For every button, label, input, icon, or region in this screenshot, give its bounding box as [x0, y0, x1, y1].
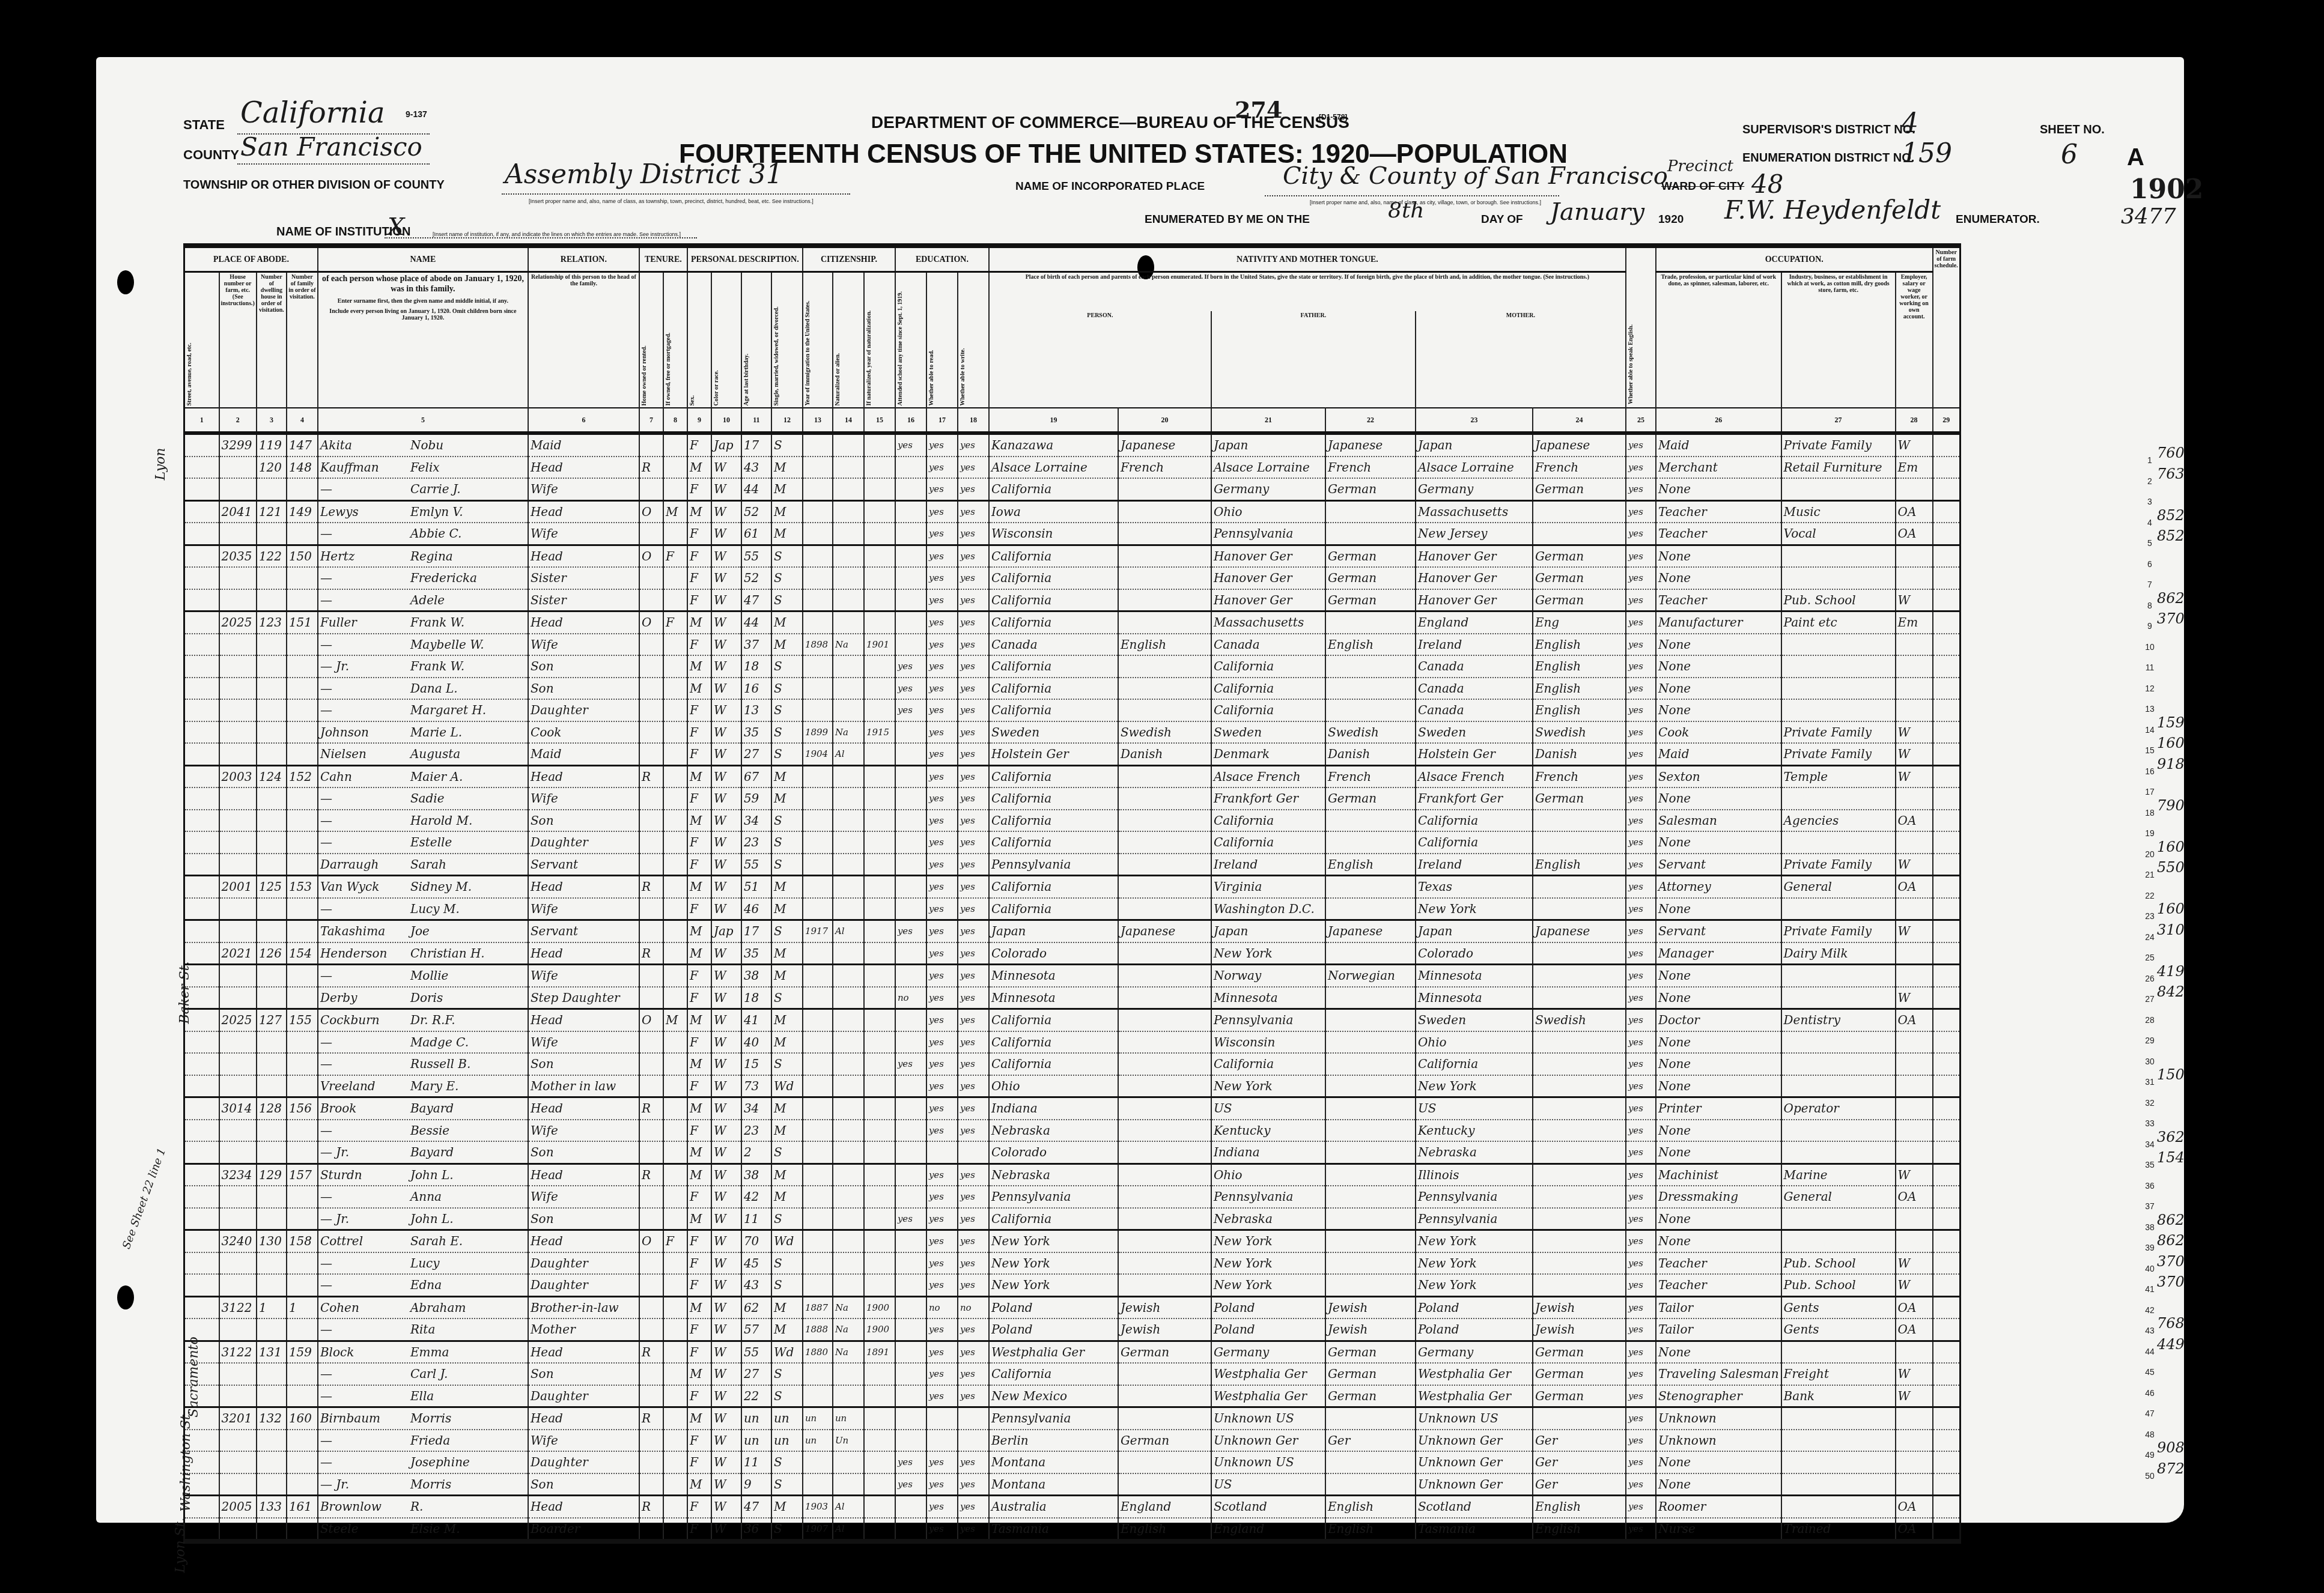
relation-cell: Head [528, 500, 639, 523]
father-birthplace-cell: Canada [1211, 634, 1325, 656]
dwelling-number-cell [257, 987, 287, 1009]
marital-status-cell: S [771, 810, 803, 832]
occupation-code: 419 [2157, 963, 2185, 980]
dwelling-number-cell [257, 854, 287, 876]
home-owned-cell [639, 987, 663, 1009]
father-birthplace-cell: New York [1211, 1075, 1325, 1097]
race-cell: W [711, 1075, 741, 1097]
farm-schedule-cell [1933, 1274, 1960, 1296]
line-number: 10 [2143, 642, 2157, 652]
mortgage-cell [663, 1075, 687, 1097]
race-cell: W [711, 1053, 741, 1075]
immigration-year-cell [803, 1385, 833, 1407]
dwelling-number-cell [257, 1053, 287, 1075]
home-owned-cell [639, 478, 663, 500]
home-owned-cell: R [639, 942, 663, 965]
person-name-cell: —Josephine [318, 1451, 528, 1473]
mother-tongue-cell [1118, 1208, 1211, 1230]
industry-cell [1781, 965, 1896, 987]
speaks-english-cell: yes [1626, 1186, 1656, 1208]
surname: Cohen [320, 1297, 410, 1318]
speaks-english-cell: yes [1626, 1496, 1656, 1518]
enum-district-label: ENUMERATION DISTRICT NO. [1742, 151, 1914, 165]
able-to-write-cell [958, 1141, 989, 1164]
father-birthplace-cell: Alsace Lorraine [1211, 457, 1325, 479]
birthplace-cell: Westphalia Ger [989, 1341, 1118, 1363]
mother-birthplace-cell: Kentucky [1416, 1120, 1533, 1142]
naturalized-cell [833, 1164, 864, 1186]
mother-tongue-of-mother-cell: Japanese [1533, 433, 1626, 457]
relation-cell: Wife [528, 634, 639, 656]
surname: — [320, 479, 410, 499]
mother-birthplace-cell: Germany [1416, 478, 1533, 500]
sex-cell: F [687, 1274, 711, 1296]
industry-cell: Private Family [1781, 433, 1896, 457]
speaks-english-cell: yes [1626, 567, 1656, 589]
table-row: —EstelleDaughterFW23SyesyesCaliforniaCal… [184, 831, 1960, 854]
mortgage-cell [663, 1363, 687, 1385]
corner-number-2: 3477 [2121, 204, 2176, 229]
attended-school-cell [895, 1296, 926, 1318]
house-number-cell [219, 743, 257, 765]
father-tongue-cell: German [1325, 567, 1416, 589]
mother-birthplace-cell: Frankfort Ger [1416, 787, 1533, 810]
mother-tongue-of-mother-cell [1533, 1186, 1626, 1208]
employer-class-cell: W [1896, 589, 1933, 611]
header-place-of-abode: PLACE OF ABODE. [184, 246, 318, 272]
marital-status-cell: S [771, 1252, 803, 1275]
mother-birthplace-cell: New York [1416, 1075, 1533, 1097]
mother-tongue-of-mother-cell [1533, 898, 1626, 920]
able-to-read-cell: no [926, 1296, 958, 1318]
father-birthplace-cell: Norway [1211, 965, 1325, 987]
header-read: Whether able to read. [926, 272, 958, 408]
immigration-year-cell [803, 1274, 833, 1296]
occupation-code: 862 [2157, 1232, 2185, 1249]
given-name: Morris [410, 1411, 451, 1425]
mother-tongue-cell: England [1118, 1496, 1211, 1518]
mother-tongue-cell [1118, 1009, 1211, 1031]
occupation-code: 160 [2157, 735, 2185, 751]
person-name-cell: — Jr.Bayard [318, 1141, 528, 1164]
naturalized-cell [833, 942, 864, 965]
mortgage-cell [663, 589, 687, 611]
naturalization-year-cell [864, 1451, 895, 1473]
mortgage-cell [663, 854, 687, 876]
father-tongue-cell: German [1325, 1363, 1416, 1385]
column-number: 14 [833, 408, 864, 433]
naturalization-year-cell [864, 1252, 895, 1275]
age-cell: 73 [741, 1075, 771, 1097]
immigration-year-cell [803, 854, 833, 876]
house-number-cell [219, 1252, 257, 1275]
industry-cell [1781, 1496, 1896, 1518]
father-tongue-cell [1325, 1120, 1416, 1142]
speaks-english-cell: yes [1626, 523, 1656, 545]
header-naturalized: Naturalized or alien. [833, 272, 864, 408]
person-name-cell: JohnsonMarie L. [318, 721, 528, 744]
mother-birthplace-cell: Minnesota [1416, 987, 1533, 1009]
occupation-code: 310 [2157, 921, 2185, 938]
naturalization-year-cell [864, 743, 895, 765]
street-annotation-washington: Washington St. [178, 1410, 193, 1512]
speaks-english-cell: yes [1626, 1363, 1656, 1385]
surname: — [320, 832, 410, 852]
occupation-code: 763 [2157, 466, 2185, 482]
mortgage-cell [663, 1518, 687, 1542]
house-number-cell [219, 678, 257, 700]
birthplace-cell: California [989, 787, 1118, 810]
house-number-cell [219, 1120, 257, 1142]
table-row: 2025127155CockburnDr. R.F.HeadOMMW41Myes… [184, 1009, 1960, 1031]
mother-tongue-cell [1118, 655, 1211, 678]
race-cell: W [711, 1252, 741, 1275]
birthplace-cell: Japan [989, 920, 1118, 942]
relation-cell: Sister [528, 567, 639, 589]
father-birthplace-cell: Frankfort Ger [1211, 787, 1325, 810]
surname: — [320, 1120, 410, 1141]
surname: Henderson [320, 943, 410, 963]
age-cell: 44 [741, 478, 771, 500]
mother-birthplace-cell: England [1416, 611, 1533, 634]
sex-cell: M [687, 1407, 711, 1430]
mother-tongue-of-mother-cell: English [1533, 1518, 1626, 1542]
mother-birthplace-cell: Colorado [1416, 942, 1533, 965]
mortgage-cell [663, 1164, 687, 1186]
given-name: Maier A. [410, 769, 463, 784]
industry-cell: Marine [1781, 1164, 1896, 1186]
sex-cell: M [687, 920, 711, 942]
street-cell [184, 898, 219, 920]
line-number: 14 [2143, 725, 2157, 735]
farm-schedule-cell [1933, 743, 1960, 765]
industry-cell [1781, 787, 1896, 810]
able-to-write-cell: yes [958, 1518, 989, 1542]
surname: Sturdn [320, 1165, 410, 1185]
home-owned-cell [639, 721, 663, 744]
naturalized-cell [833, 500, 864, 523]
employer-class-cell [1896, 567, 1933, 589]
line-number: 2 [2143, 476, 2157, 486]
race-cell: W [711, 831, 741, 854]
given-name: Sarah [410, 857, 446, 872]
dwelling-number-cell [257, 1274, 287, 1296]
race-cell: Jap [711, 433, 741, 457]
mother-tongue-of-mother-cell [1533, 1141, 1626, 1164]
given-name: Joe [410, 924, 430, 938]
given-name: Sadie [410, 791, 445, 806]
industry-cell [1781, 987, 1896, 1009]
house-number-cell: 3201 [219, 1407, 257, 1430]
father-birthplace-cell: Sweden [1211, 721, 1325, 744]
column-number: 21 [1211, 408, 1325, 433]
age-cell: 15 [741, 1053, 771, 1075]
age-cell: 36 [741, 1518, 771, 1542]
sex-cell: F [687, 1230, 711, 1252]
header-nativity-desc: Place of birth of each person and parent… [989, 272, 1626, 312]
able-to-write-cell: yes [958, 1252, 989, 1275]
occupation-code: 790 [2157, 797, 2185, 814]
marital-status-cell: S [771, 743, 803, 765]
street-cell [184, 457, 219, 479]
person-name-cell: —Mollie [318, 965, 528, 987]
birthplace-cell: Wisconsin [989, 523, 1118, 545]
table-row: 312211CohenAbrahamBrother-in-lawMW62M188… [184, 1296, 1960, 1318]
dwelling-number-cell [257, 1120, 287, 1142]
place-value: City & County of San Francisco [1283, 162, 1668, 190]
dwelling-number-cell: 126 [257, 942, 287, 965]
farm-schedule-cell [1933, 655, 1960, 678]
naturalized-cell [833, 1252, 864, 1275]
line-number: 45 [2143, 1367, 2157, 1377]
race-cell: W [711, 567, 741, 589]
sex-cell: M [687, 1164, 711, 1186]
age-cell: 17 [741, 433, 771, 457]
house-number-cell [219, 1075, 257, 1097]
table-row: 3201132160BirnbaumMorrisHeadRMWununununP… [184, 1407, 1960, 1430]
marital-status-cell: un [771, 1407, 803, 1430]
father-tongue-cell [1325, 1473, 1416, 1496]
street-cell [184, 1053, 219, 1075]
birthplace-cell: California [989, 611, 1118, 634]
race-cell: W [711, 523, 741, 545]
naturalization-year-cell [864, 1120, 895, 1142]
marital-status-cell: M [771, 787, 803, 810]
mortgage-cell [663, 1186, 687, 1208]
column-number: 19 [989, 408, 1118, 433]
surname: Cahn [320, 766, 410, 787]
marital-status-cell: Wd [771, 1341, 803, 1363]
column-number: 15 [864, 408, 895, 433]
immigration-year-cell: un [803, 1407, 833, 1430]
birthplace-cell: Canada [989, 634, 1118, 656]
given-name: Rita [410, 1322, 435, 1337]
line-number: 34 [2143, 1139, 2157, 1149]
marital-status-cell: M [771, 942, 803, 965]
age-cell: 52 [741, 567, 771, 589]
header-age: Age at last birthday. [741, 272, 771, 408]
relation-cell: Head [528, 942, 639, 965]
person-name-cell: — Jr.Morris [318, 1473, 528, 1496]
dwelling-number-cell [257, 898, 287, 920]
birthplace-cell: Nebraska [989, 1120, 1118, 1142]
employer-class-cell [1896, 1451, 1933, 1473]
surname: — [320, 1364, 410, 1384]
attended-school-cell: no [895, 987, 926, 1009]
mother-tongue-of-mother-cell: French [1533, 457, 1626, 479]
attended-school-cell [895, 1274, 926, 1296]
trade-cell: Machinist [1656, 1164, 1781, 1186]
relation-cell: Head [528, 1097, 639, 1120]
person-name-cell: —Sadie [318, 787, 528, 810]
race-cell: W [711, 987, 741, 1009]
mother-birthplace-cell: Hanover Ger [1416, 545, 1533, 567]
relation-cell: Head [528, 876, 639, 898]
farm-schedule-cell [1933, 1341, 1960, 1363]
line-number: 16 [2143, 766, 2157, 776]
sex-cell: M [687, 1053, 711, 1075]
sex-cell: M [687, 678, 711, 700]
occupation-code: 550 [2157, 859, 2185, 876]
mother-birthplace-cell: Poland [1416, 1296, 1533, 1318]
father-birthplace-cell: Ireland [1211, 854, 1325, 876]
relation-cell: Wife [528, 478, 639, 500]
person-name-cell: HendersonChristian H. [318, 942, 528, 965]
attended-school-cell [895, 1518, 926, 1542]
father-tongue-cell: English [1325, 854, 1416, 876]
naturalized-cell [833, 1053, 864, 1075]
industry-cell [1781, 1208, 1896, 1230]
father-tongue-cell [1325, 678, 1416, 700]
father-birthplace-cell: Washington D.C. [1211, 898, 1325, 920]
able-to-write-cell: yes [958, 523, 989, 545]
race-cell: W [711, 810, 741, 832]
given-name: Fredericka [410, 571, 477, 585]
given-name: Christian H. [410, 946, 485, 960]
dwelling-number-cell [257, 1473, 287, 1496]
street-cell [184, 1230, 219, 1252]
mortgage-cell [663, 678, 687, 700]
enumerator-label: ENUMERATOR. [1956, 213, 2040, 226]
attended-school-cell: yes [895, 1208, 926, 1230]
father-tongue-cell: German [1325, 787, 1416, 810]
person-name-cell: BrookBayard [318, 1097, 528, 1120]
mother-tongue-cell: German [1118, 1430, 1211, 1452]
father-birthplace-cell: California [1211, 1053, 1325, 1075]
given-name: Marie L. [410, 725, 462, 739]
relation-cell: Wife [528, 1031, 639, 1054]
farm-schedule-cell [1933, 810, 1960, 832]
trade-cell: Servant [1656, 920, 1781, 942]
header-industry: Industry, business, or establishment in … [1781, 272, 1896, 408]
farm-schedule-cell [1933, 1120, 1960, 1142]
father-birthplace-cell: California [1211, 655, 1325, 678]
employer-class-cell [1896, 1053, 1933, 1075]
surname: — [320, 788, 410, 809]
able-to-read-cell: yes [926, 765, 958, 787]
home-owned-cell [639, 831, 663, 854]
able-to-read-cell: yes [926, 1385, 958, 1407]
speaks-english-cell: yes [1626, 1451, 1656, 1473]
age-cell: 16 [741, 678, 771, 700]
industry-cell [1781, 898, 1896, 920]
given-name: Edna [410, 1278, 442, 1292]
table-row: —Dana L.SonMW16SyesyesyesCaliforniaCalif… [184, 678, 1960, 700]
home-owned-cell [639, 787, 663, 810]
immigration-year-cell [803, 1230, 833, 1252]
header-tenure: TENURE. [639, 246, 687, 272]
mother-birthplace-cell: Tasmania [1416, 1518, 1533, 1542]
mother-tongue-cell [1118, 1164, 1211, 1186]
birthplace-cell: California [989, 876, 1118, 898]
attended-school-cell [895, 457, 926, 479]
naturalized-cell [833, 876, 864, 898]
naturalization-year-cell [864, 965, 895, 987]
naturalized-cell: Al [833, 1518, 864, 1542]
marital-status-cell: S [771, 678, 803, 700]
father-tongue-cell [1325, 1141, 1416, 1164]
table-row: 2041121149LewysEmlyn V.HeadOMMW52Myesyes… [184, 500, 1960, 523]
age-cell: 55 [741, 1341, 771, 1363]
trade-cell: None [1656, 831, 1781, 854]
column-number: 26 [1656, 408, 1781, 433]
father-birthplace-cell: England [1211, 1518, 1325, 1542]
naturalization-year-cell [864, 1518, 895, 1542]
mother-birthplace-cell: Alsace Lorraine [1416, 457, 1533, 479]
father-label: FATHER. [1301, 312, 1327, 319]
dwelling-number-cell [257, 655, 287, 678]
farm-schedule-cell [1933, 1496, 1960, 1518]
census-table: PLACE OF ABODE. NAME RELATION. TENURE. P… [183, 243, 1961, 1544]
trade-cell: None [1656, 1451, 1781, 1473]
given-name: Russell B. [410, 1057, 471, 1071]
mother-tongue-cell [1118, 1363, 1211, 1385]
immigration-year-cell [803, 611, 833, 634]
dwelling-number-cell [257, 743, 287, 765]
attended-school-cell [895, 743, 926, 765]
relation-cell: Head [528, 1407, 639, 1430]
employer-class-cell: OA [1896, 1518, 1933, 1542]
occupation-code: 862 [2157, 1212, 2185, 1228]
speaks-english-cell: yes [1626, 655, 1656, 678]
table-row: —BessieWifeFW23MyesyesNebraskaKentuckyKe… [184, 1120, 1960, 1142]
race-cell: W [711, 678, 741, 700]
naturalized-cell [833, 1473, 864, 1496]
house-number-cell: 2025 [219, 1009, 257, 1031]
naturalized-cell [833, 1141, 864, 1164]
surname: — Jr. [320, 1474, 410, 1494]
sex-cell: M [687, 1363, 711, 1385]
marital-status-cell: S [771, 1208, 803, 1230]
sex-cell: F [687, 854, 711, 876]
trade-cell: Dressmaking [1656, 1186, 1781, 1208]
house-number-cell [219, 1451, 257, 1473]
home-owned-cell [639, 634, 663, 656]
birthplace-cell: California [989, 831, 1118, 854]
attended-school-cell [895, 545, 926, 567]
sex-cell: F [687, 1031, 711, 1054]
street-cell [184, 611, 219, 634]
given-name: Adele [410, 593, 445, 607]
street-cell [184, 1186, 219, 1208]
able-to-read-cell: yes [926, 1341, 958, 1363]
house-number-cell: 3014 [219, 1097, 257, 1120]
race-cell: W [711, 1318, 741, 1341]
street-cell [184, 545, 219, 567]
sex-cell: F [687, 965, 711, 987]
race-cell: W [711, 1496, 741, 1518]
age-cell: un [741, 1407, 771, 1430]
attended-school-cell [895, 1230, 926, 1252]
family-number-cell [287, 678, 318, 700]
able-to-write-cell: yes [958, 787, 989, 810]
industry-cell: Temple [1781, 765, 1896, 787]
farm-schedule-cell [1933, 1075, 1960, 1097]
given-name: R. [410, 1499, 423, 1514]
immigration-year-cell [803, 987, 833, 1009]
sex-cell: F [687, 1430, 711, 1452]
birthplace-cell: New York [989, 1230, 1118, 1252]
race-cell: W [711, 1141, 741, 1164]
industry-cell: Paint etc [1781, 611, 1896, 634]
age-cell: 55 [741, 545, 771, 567]
person-name-cell: —Bessie [318, 1120, 528, 1142]
person-name-cell: —Lucy [318, 1252, 528, 1275]
industry-cell: Private Family [1781, 854, 1896, 876]
able-to-read-cell: yes [926, 854, 958, 876]
line-number: 3 [2143, 497, 2157, 506]
enumerated-label: ENUMERATED BY ME ON THE [1145, 213, 1310, 226]
